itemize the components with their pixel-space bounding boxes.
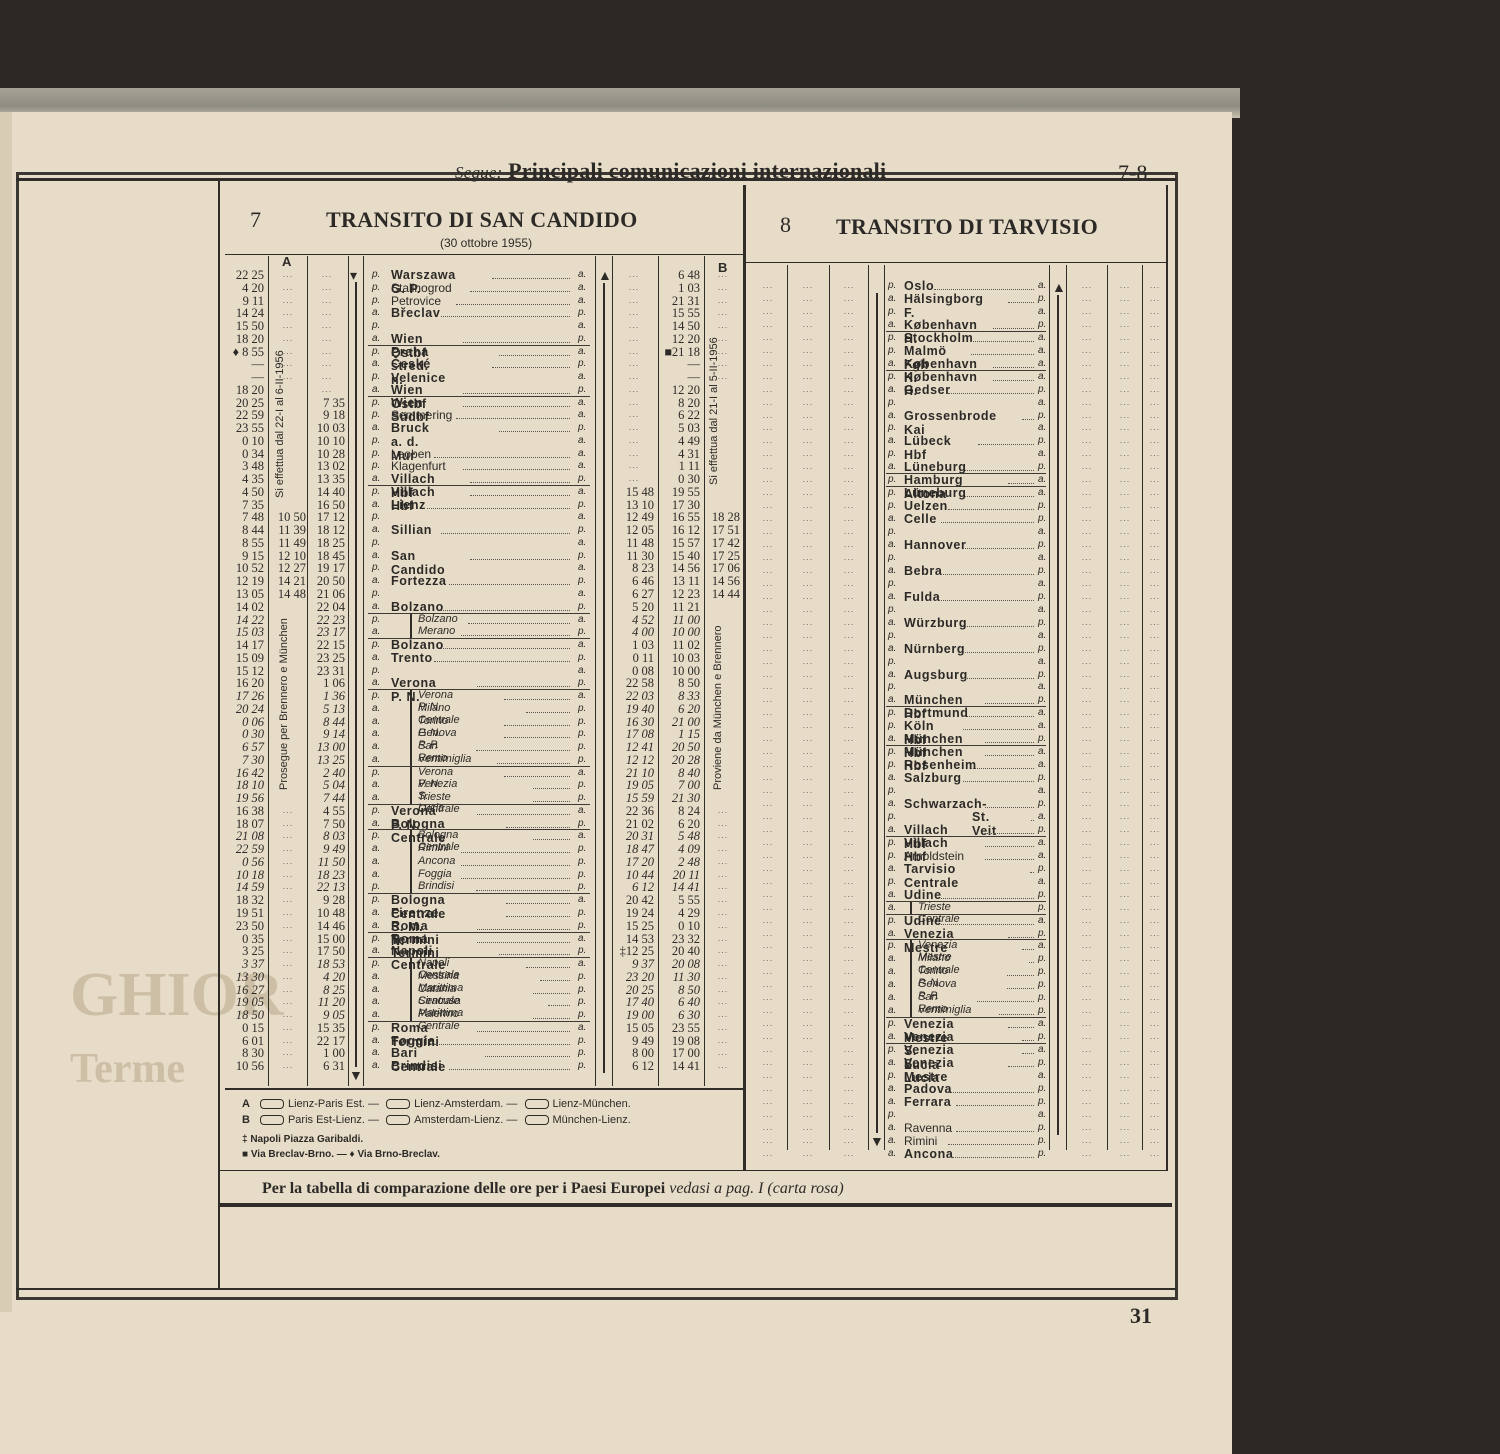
arrival-departure-marker: a. [1038,837,1046,848]
empty-cell: ... [706,282,740,292]
through-coach-icon [386,1099,410,1109]
empty-cell: ... [309,333,345,343]
arrival-departure-marker: p. [372,588,380,599]
empty-cell: ... [831,435,867,445]
empty-cell: ... [831,979,867,989]
arrival-departure-marker: a. [888,591,896,602]
empty-cell: ... [1068,371,1106,381]
arrival-departure-marker: a. [1038,371,1046,382]
arrival-departure-marker: p. [578,716,586,727]
empty-cell: ... [706,843,740,853]
arrival-departure-marker: p. [1038,591,1046,602]
empty-cell: ... [831,785,867,795]
col-rule [658,256,659,1086]
dot-leader [956,1096,1034,1106]
empty-cell: ... [706,269,740,279]
arrival-departure-marker: a. [888,669,896,680]
arrival-departure-marker: p. [578,384,586,395]
empty-cell: ... [831,565,867,575]
station-name: České Velenice [391,357,446,385]
arrival-departure-marker: a. [888,1057,896,1068]
dot-leader [506,907,570,917]
arrival-departure-marker: p. [578,652,586,663]
empty-cell: ... [790,681,826,691]
station-name: Rimini [904,1134,937,1148]
empty-cell: ... [1068,746,1106,756]
empty-cell: ... [750,1109,786,1119]
empty-cell: ... [1109,759,1141,769]
empty-cell: ... [1068,643,1106,653]
dot-leader [993,358,1034,368]
empty-cell: ... [831,811,867,821]
empty-cell: ... [831,630,867,640]
legend-b: BParis Est-Lienz. — Amsterdam-Lienz. — M… [242,1114,631,1126]
dot-leader [963,720,1034,730]
row-group-separator [886,706,1046,707]
empty-cell: ... [1144,915,1166,925]
empty-cell: ... [270,346,306,356]
frame-right-rule [1166,185,1168,1170]
arrival-departure-marker: p. [372,282,380,293]
arrival-departure-marker: a. [578,933,586,944]
empty-cell: ... [1109,397,1141,407]
station-name: Ferrara [904,1095,951,1109]
direction-arrow-down-icon: ▾ [350,268,357,282]
empty-cell: ... [309,320,345,330]
arrival-departure-marker: p. [372,665,380,676]
dot-leader [504,690,570,700]
empty-cell: ... [706,1060,740,1070]
empty-cell: ... [1144,785,1166,795]
empty-cell: ... [1109,1018,1141,1028]
empty-cell: ... [614,409,654,419]
arrival-departure-marker: a. [888,293,896,304]
empty-cell: ... [1144,643,1166,653]
empty-cell: ... [1144,461,1166,471]
branch-bar [910,953,912,966]
arrival-departure-marker: p. [888,1018,896,1029]
arrival-departure-marker: p. [372,562,380,573]
arrival-departure-marker: a. [1038,422,1046,433]
section-7-date: (30 ottobre 1955) [440,236,532,250]
empty-cell: ... [831,500,867,510]
empty-cell: ... [706,856,740,866]
arrival-departure-marker: a. [1038,785,1046,796]
empty-cell: ... [1068,1070,1106,1080]
empty-cell: ... [1144,384,1166,394]
row-group-separator [886,331,1046,332]
direction-arrow-shaft [1057,295,1059,1135]
legend-note-napoli: ‡ Napoli Piazza Garibaldi. [242,1134,363,1145]
station-name: Foggia [418,868,452,880]
time-cell: 14 41 [660,1059,700,1074]
arrival-departure-marker: p. [1038,1083,1046,1094]
station-name: Celle [904,512,937,526]
empty-cell: ... [706,320,740,330]
empty-cell: ... [1109,474,1141,484]
station-name: Bolzano [418,613,458,625]
empty-cell: ... [790,733,826,743]
arrival-departure-marker: a. [888,733,896,744]
empty-cell: ... [750,746,786,756]
empty-cell: ... [1144,824,1166,834]
empty-cell: ... [309,371,345,381]
empty-cell: ... [1144,604,1166,614]
vertical-note-prosegue: Prosegue per Brennero e München [278,618,290,790]
empty-cell: ... [831,578,867,588]
empty-cell: ... [790,863,826,873]
arrival-departure-marker: a. [1038,850,1046,861]
arrival-departure-marker: a. [578,767,586,778]
empty-cell: ... [790,669,826,679]
through-coach-icon [386,1115,410,1125]
empty-cell: ... [309,307,345,317]
arrival-departure-marker: p. [578,1047,586,1058]
dot-leader [1008,1057,1034,1067]
empty-cell: ... [1144,1070,1166,1080]
empty-cell: ... [790,630,826,640]
station-name: Würzburg [904,616,967,630]
legend-text: Lienz-Amsterdam. [414,1098,503,1110]
arrival-departure-marker: p. [888,345,896,356]
empty-cell: ... [790,850,826,860]
empty-cell: ... [1109,811,1141,821]
station-name: Salzburg [904,771,962,785]
empty-cell: ... [750,979,786,989]
dot-leader [504,767,570,777]
empty-cell: ... [750,435,786,445]
arrival-departure-marker: p. [372,409,380,420]
arrival-departure-marker: a. [888,863,896,874]
arrival-departure-marker: p. [1038,410,1046,421]
arrival-departure-marker: a. [888,384,896,395]
col-rule [884,265,885,1150]
empty-cell: ... [1144,552,1166,562]
empty-cell: ... [1109,371,1141,381]
arrival-departure-marker: p. [578,422,586,433]
empty-cell: ... [790,617,826,627]
arrival-departure-marker: p. [578,524,586,535]
empty-cell: ... [1068,1148,1106,1158]
empty-cell: ... [831,397,867,407]
arrival-departure-marker: p. [888,1044,896,1055]
empty-cell: ... [1144,772,1166,782]
empty-cell: ... [1068,681,1106,691]
empty-cell: ... [1109,306,1141,316]
station-name: Semmering [391,408,452,422]
empty-cell: ... [750,824,786,834]
empty-cell: ... [1144,863,1166,873]
empty-cell: ... [750,319,786,329]
empty-cell: ... [790,280,826,290]
empty-cell: ... [750,371,786,381]
empty-cell: ... [1109,280,1141,290]
arrival-departure-marker: p. [888,526,896,537]
section-8-title: TRANSITO DI TARVISIO [836,214,1098,240]
empty-cell: ... [831,876,867,886]
empty-cell: ... [1068,448,1106,458]
empty-cell: ... [750,733,786,743]
empty-cell: ... [1144,435,1166,445]
station-name: Bolzano [391,600,444,614]
station-name: Klagenfurt [391,459,446,473]
empty-cell: ... [1068,759,1106,769]
arrival-departure-marker: a. [1038,526,1046,537]
arrival-departure-marker: p. [888,759,896,770]
row-group-separator [368,766,590,767]
arrival-departure-marker: a. [1038,280,1046,291]
dot-leader [948,1135,1034,1145]
empty-cell: ... [706,881,740,891]
empty-cell: ... [790,461,826,471]
station-name: Oslo [904,279,934,293]
station-name: Augsburg [904,668,968,682]
empty-cell: ... [790,798,826,808]
arrival-departure-marker: a. [888,694,896,705]
empty-cell: ... [1068,1005,1106,1015]
arrival-departure-marker: a. [372,499,380,510]
dot-leader [948,1148,1034,1158]
empty-cell: ... [831,1083,867,1093]
dot-leader [941,591,1034,601]
empty-cell: ... [614,333,654,343]
arrival-departure-marker: a. [888,928,896,939]
empty-cell: ... [1068,461,1106,471]
arrival-departure-marker: p. [578,575,586,586]
arrival-departure-marker: p. [372,371,380,382]
dot-leader [441,639,570,649]
empty-cell: ... [614,358,654,368]
dot-leader [963,617,1034,627]
empty-cell: ... [1109,539,1141,549]
empty-cell: ... [1068,513,1106,523]
empty-cell: ... [706,971,740,981]
empty-cell: ... [750,358,786,368]
empty-cell: ... [831,358,867,368]
empty-cell: ... [750,306,786,316]
dot-leader [504,728,570,738]
empty-cell: ... [1144,889,1166,899]
row-group-separator [368,957,590,958]
empty-cell: ... [1144,630,1166,640]
empty-cell: ... [831,306,867,316]
arrival-departure-marker: a. [1038,1109,1046,1120]
dot-leader [1007,966,1034,976]
empty-cell: ... [1109,578,1141,588]
dot-leader [956,1122,1034,1132]
arrival-departure-marker: a. [372,333,380,344]
arrival-departure-marker: a. [372,869,380,880]
empty-cell: ... [750,863,786,873]
empty-cell: ... [790,565,826,575]
empty-cell: ... [750,1096,786,1106]
arrival-departure-marker: a. [1038,940,1046,951]
empty-cell: ... [831,928,867,938]
table-bottom-rule [225,1088,743,1090]
col-rule [595,256,596,1086]
dot-leader [526,703,570,713]
empty-cell: ... [1109,448,1141,458]
empty-cell: ... [614,320,654,330]
empty-cell: ... [790,397,826,407]
footer-note: Per la tabella di comparazione delle ore… [262,1180,844,1198]
station-name: Merano [418,625,455,637]
empty-cell: ... [270,933,306,943]
arrival-departure-marker: p. [888,785,896,796]
empty-cell: ... [1068,1135,1106,1145]
empty-cell: ... [750,940,786,950]
empty-cell: ... [1068,500,1106,510]
empty-cell: ... [1068,863,1106,873]
empty-cell: ... [1068,630,1106,640]
arrival-departure-marker: a. [888,1083,896,1094]
empty-cell: ... [1109,358,1141,368]
arrival-departure-marker: p. [1038,966,1046,977]
empty-cell: ... [1068,319,1106,329]
empty-cell: ... [1109,979,1141,989]
dot-leader [971,345,1034,355]
empty-cell: ... [1068,707,1106,717]
empty-cell: ... [1109,319,1141,329]
dot-leader [1008,1018,1034,1028]
empty-cell: ... [1068,850,1106,860]
column-header-a: A [282,254,291,269]
empty-cell: ... [790,759,826,769]
arrival-departure-marker: p. [578,703,586,714]
empty-cell: ... [270,818,306,828]
empty-cell: ... [706,958,740,968]
row-group-separator [368,689,590,690]
col-rule [1066,265,1067,1150]
row-group-separator [886,914,1046,915]
station-name: Bolzano [391,638,444,652]
arrival-departure-marker: a. [372,856,380,867]
empty-cell: ... [1109,992,1141,1002]
empty-cell: ... [1144,656,1166,666]
empty-cell: ... [1068,591,1106,601]
empty-cell: ... [790,1096,826,1106]
empty-cell: ... [831,539,867,549]
empty-cell: ... [790,293,826,303]
empty-cell: ... [831,319,867,329]
dot-leader [441,524,570,534]
empty-cell: ... [831,1148,867,1158]
vertical-note-proviene: Proviene da München e Brennero [712,626,724,791]
empty-cell: ... [270,1060,306,1070]
empty-cell: ... [750,552,786,562]
arrival-departure-marker: p. [888,656,896,667]
empty-cell: ... [1109,293,1141,303]
empty-cell: ... [750,902,786,912]
empty-cell: ... [750,1135,786,1145]
arrival-departure-marker: p. [1038,798,1046,809]
empty-cell: ... [831,966,867,976]
arrival-departure-marker: p. [372,448,380,459]
empty-cell: ... [1144,526,1166,536]
empty-cell: ... [614,422,654,432]
station-name: Dortmund [904,706,969,720]
empty-cell: ... [831,371,867,381]
arrival-departure-marker: p. [578,358,586,369]
empty-cell: ... [750,889,786,899]
empty-cell: ... [831,940,867,950]
arrival-departure-marker: a. [372,728,380,739]
dot-leader [485,1047,570,1057]
arrival-departure-marker: p. [888,1070,896,1081]
empty-cell: ... [1144,1122,1166,1132]
empty-cell: ... [1109,669,1141,679]
empty-cell: ... [614,371,654,381]
empty-cell: ... [1068,1096,1106,1106]
arrival-departure-marker: a. [1038,1044,1046,1055]
col-rule [1142,265,1143,1150]
empty-cell: ... [309,346,345,356]
empty-cell: ... [790,474,826,484]
empty-cell: ... [831,1122,867,1132]
empty-cell: ... [1068,487,1106,497]
empty-cell: ... [1068,798,1106,808]
empty-cell: ... [706,818,740,828]
station-name: Ventimiglia [918,1004,971,1016]
dot-leader [548,996,570,1006]
arrival-departure-marker: p. [372,639,380,650]
empty-cell: ... [1144,358,1166,368]
arrival-departure-marker: p. [372,767,380,778]
arrival-departure-marker: p. [372,690,380,701]
empty-cell: ... [1144,319,1166,329]
dot-leader [533,792,570,802]
empty-cell: ... [270,333,306,343]
empty-cell: ... [1068,552,1106,562]
dot-leader [985,733,1034,743]
empty-cell: ... [309,269,345,279]
empty-cell: ... [750,669,786,679]
legend-a: ALienz-Paris Est. — Lienz-Amsterdam. — L… [242,1098,631,1110]
arrival-departure-marker: a. [578,511,586,522]
col-rule [1049,265,1050,1150]
empty-cell: ... [831,772,867,782]
empty-cell: ... [1109,707,1141,717]
empty-cell: ... [1144,345,1166,355]
branch-bar [910,992,912,1005]
empty-cell: ... [790,306,826,316]
arrival-departure-marker: p. [1038,694,1046,705]
empty-cell: ... [1144,707,1166,717]
empty-cell: ... [1109,889,1141,899]
arrival-departure-marker: a. [372,792,380,803]
empty-cell: ... [1068,940,1106,950]
arrival-departure-marker: p. [578,1035,586,1046]
empty-cell: ... [831,1005,867,1015]
empty-cell: ... [1109,500,1141,510]
empty-cell: ... [831,850,867,860]
empty-cell: ... [1109,617,1141,627]
footer-note-italic: vedasi a pag. I (carta rosa) [669,1180,844,1197]
empty-cell: ... [270,805,306,815]
arrival-departure-marker: p. [888,487,896,498]
dot-leader [941,889,1034,899]
empty-cell: ... [1144,410,1166,420]
dot-leader [441,601,570,611]
arrival-departure-marker: p. [1038,1135,1046,1146]
empty-cell: ... [1109,345,1141,355]
dot-leader [941,565,1034,575]
arrival-departure-marker: p. [888,876,896,887]
empty-cell: ... [706,920,740,930]
station-name: Uelzen [904,499,948,513]
station-name: Udine [904,888,942,902]
empty-cell: ... [1068,526,1106,536]
